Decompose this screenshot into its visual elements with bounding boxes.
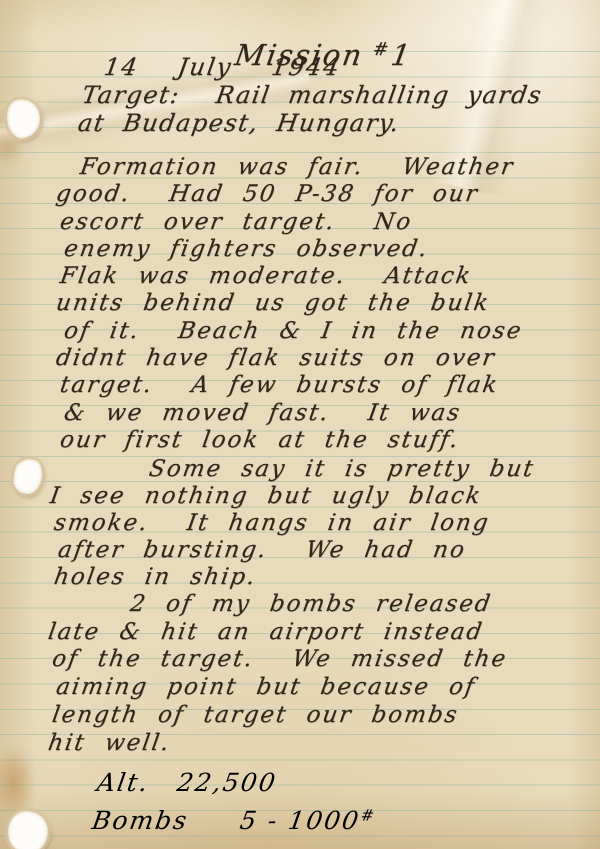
- punch-hole-bottom: [6, 809, 50, 849]
- handwritten-line: Target: Rail marshalling yards: [80, 81, 544, 109]
- paragraph-flak-smoke: Some say it is pretty but I see nothing …: [52, 456, 532, 591]
- handwritten-line: target. A few bursts of flak: [58, 372, 524, 399]
- number-sign: #: [371, 39, 391, 60]
- handwritten-line: & we moved fast. It was: [62, 400, 524, 427]
- handwritten-line: good. Had 50 P-38 for our: [54, 181, 524, 208]
- handwritten-line: enemy fighters observed.: [62, 236, 524, 263]
- handwritten-line: our first look at the stuff.: [58, 427, 524, 454]
- diary-page: Mission#1 14 July 1944 Target: Rail mars…: [0, 0, 600, 849]
- bombs-line: Bombs5 - 1000#: [90, 806, 377, 835]
- handwritten-line: at Budapest, Hungary.: [76, 109, 544, 137]
- altitude-line: Alt.22,500: [95, 768, 279, 797]
- altitude-label: Alt.: [95, 768, 152, 797]
- bombs-label: Bombs: [90, 806, 191, 835]
- paragraph-bombs: 2 of my bombs released late & hit an air…: [50, 591, 505, 757]
- handwritten-line: of the target. We missed the: [50, 646, 509, 674]
- handwritten-line: after bursting. We had no: [56, 537, 537, 564]
- handwritten-line: of it. Beach & I in the nose: [62, 318, 524, 345]
- bombs-value: 5 - 1000: [238, 806, 362, 835]
- handwritten-line: length of target our bombs: [50, 702, 509, 730]
- handwritten-line: Formation was fair. Weather: [62, 154, 524, 181]
- handwritten-line: 2 of my bombs released: [50, 591, 509, 619]
- title-number: 1: [389, 38, 415, 72]
- punch-hole-middle: [12, 457, 45, 496]
- handwritten-line: units behind us got the bulk: [54, 290, 524, 317]
- handwritten-line: smoke. It hangs in air long: [52, 510, 537, 537]
- paragraph-formation: Formation was fair. Weather good. Had 50…: [58, 154, 520, 454]
- handwritten-line: hit well.: [46, 730, 509, 758]
- handwritten-line: holes in ship.: [52, 564, 537, 591]
- handwritten-line: Some say it is pretty but: [52, 456, 537, 483]
- altitude-value: 22,500: [175, 768, 279, 797]
- pounds-sign: #: [360, 806, 378, 824]
- handwritten-line: I see nothing but ugly black: [48, 483, 537, 510]
- handwritten-line: Flak was moderate. Attack: [58, 263, 524, 290]
- handwritten-line: escort over target. No: [58, 209, 524, 236]
- handwritten-line: didnt have flak suits on over: [54, 345, 524, 372]
- entry-date: 14 July 1944: [102, 53, 343, 81]
- handwritten-line: aiming point but because of: [54, 674, 509, 702]
- target-section: Target: Rail marshalling yards at Budape…: [80, 81, 540, 137]
- handwritten-line: late & hit an airport instead: [46, 619, 509, 647]
